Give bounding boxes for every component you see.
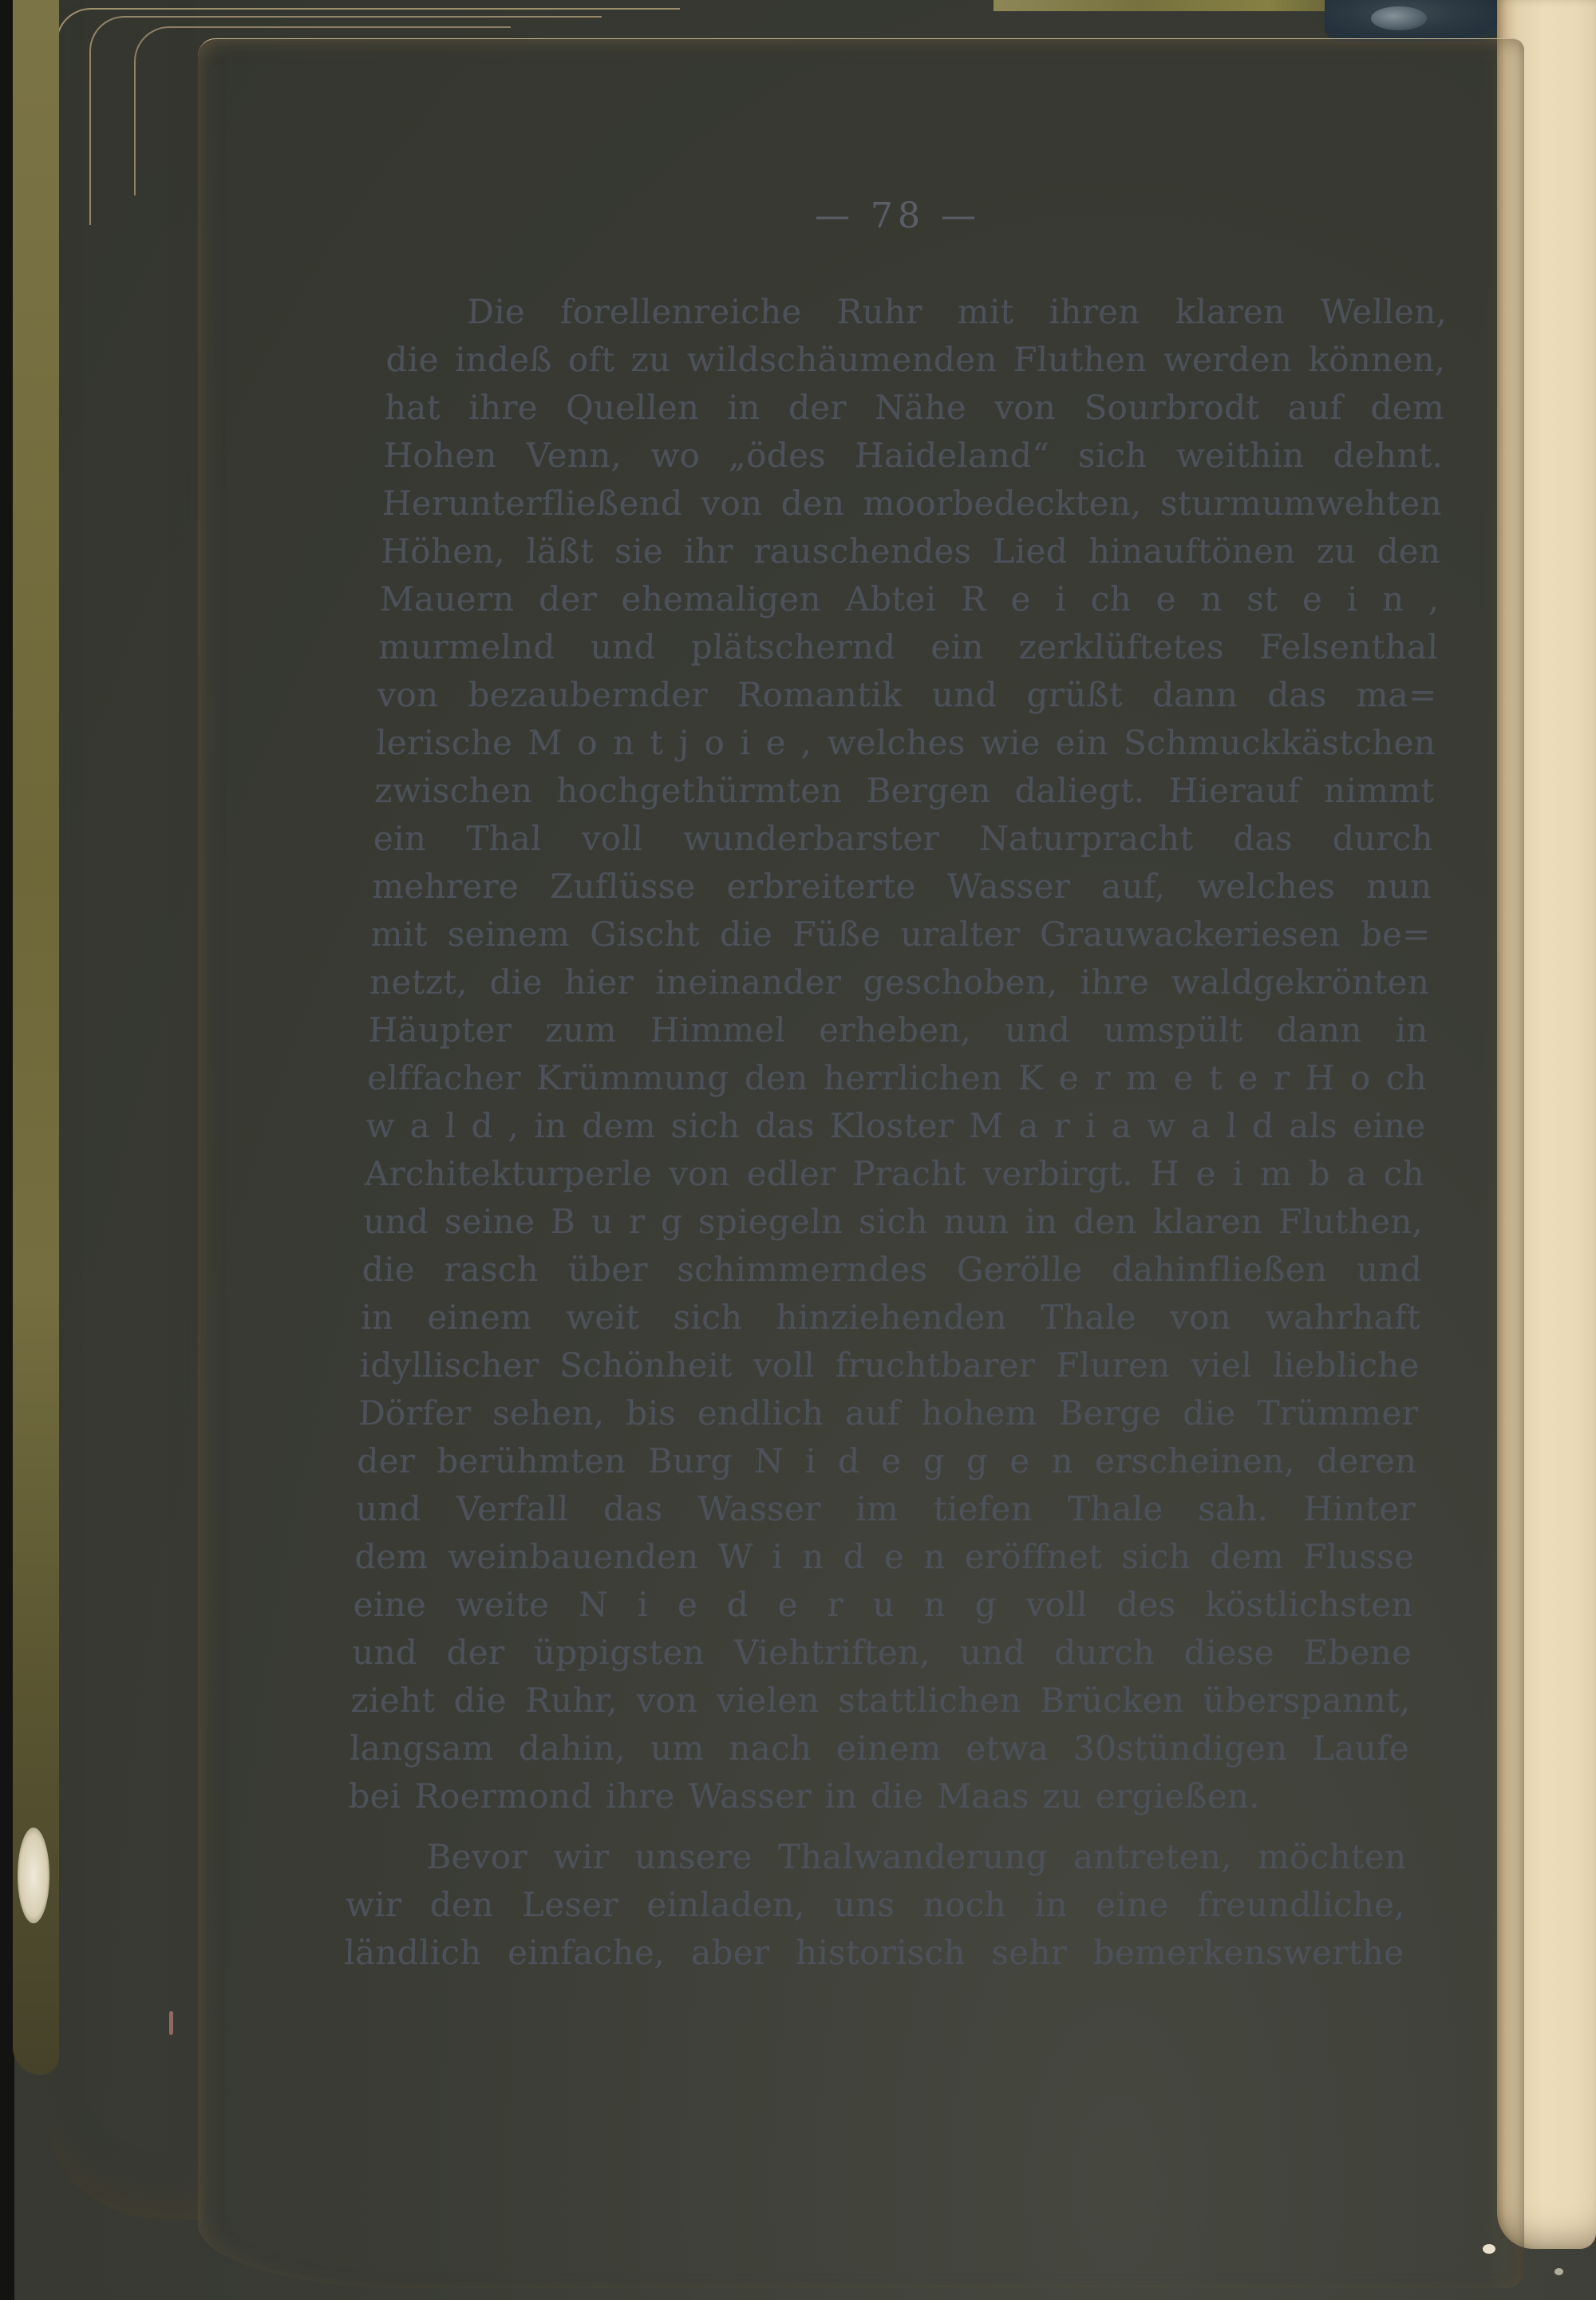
page-number: — 78 — — [367, 196, 1428, 236]
text-line: bei Roermond ihre Wasser in die Maas zu … — [348, 1772, 1409, 1820]
text-line: Hohen Venn, wo „ödes Haideland“ sich wei… — [383, 432, 1444, 480]
text-line: ein Thal voll wunderbarster Naturpracht … — [373, 815, 1434, 863]
paper-blotch — [18, 1828, 49, 1923]
paper-speck — [1483, 2244, 1495, 2254]
text-line: Häupter zum Himmel erheben, und umspült … — [368, 1006, 1429, 1054]
text-line: mit seinem Gischt die Füße uralter Grauw… — [370, 911, 1432, 958]
text-line: von bezaubernder Romantik und grüßt dann… — [377, 671, 1438, 719]
text-line: lerische M o n t j o i e , welches wie e… — [375, 719, 1436, 767]
paper-speck — [1555, 2268, 1563, 2275]
text-line: murmelnd und plätschernd ein zerklüftete… — [377, 623, 1439, 671]
text-line: w a l d , in dem sich das Kloster M a r … — [365, 1102, 1427, 1150]
text-line: Herunterfließend von den moorbedeckten, … — [381, 480, 1443, 528]
text-line: idyllischer Schönheit voll fruchtbarer F… — [359, 1342, 1420, 1389]
text-line: Dörfer sehen, bis endlich auf hohem Berg… — [358, 1389, 1419, 1437]
pink-speck — [169, 2011, 173, 2035]
text-line: ländlich einfache, aber historisch sehr … — [344, 1929, 1405, 1977]
cover-edge-top — [994, 0, 1361, 11]
text-line: die rasch über schimmerndes Gerölle dahi… — [361, 1246, 1423, 1294]
text-line: zwischen hochgethürmten Bergen daliegt. … — [374, 767, 1436, 815]
text-line: elffacher Krümmung den herrlichen K e r … — [366, 1054, 1428, 1102]
book-photo: — 78 — Die forellenreiche Ruhr mit ihren… — [0, 0, 1596, 2300]
text-line: Architekturperle von edler Pracht verbir… — [364, 1150, 1425, 1198]
cover-edge-olive — [13, 0, 59, 2075]
text-line: die indeß oft zu wildschäumenden Fluthen… — [385, 336, 1447, 384]
text-line: eine weite N i e d e r u n g voll des kö… — [353, 1581, 1414, 1629]
text-line: Mauern der ehemaligen Abtei R e i ch e n… — [379, 575, 1440, 623]
text-line: Bevor wir unsere Thalwanderung antreten,… — [346, 1833, 1408, 1881]
cover-corner-glint — [1371, 6, 1427, 30]
cover-corner — [1325, 0, 1504, 41]
text-line: langsam dahin, um nach einem etwa 30stün… — [349, 1725, 1410, 1772]
text-line: Die forellenreiche Ruhr mit ihren klaren… — [386, 288, 1448, 336]
text-line: in einem weit sich hinziehenden Thale vo… — [360, 1294, 1421, 1342]
text-line: und Verfall das Wasser im tiefen Thale s… — [355, 1485, 1416, 1533]
text-line: Höhen, läßt sie ihr rauschendes Lied hin… — [381, 528, 1442, 575]
text-block: Die forellenreiche Ruhr mit ihren klaren… — [344, 288, 1448, 1977]
text-line: der berühmten Burg N i d e g g e n ersch… — [357, 1437, 1418, 1485]
text-line: netzt, die hier ineinander geschoben, ih… — [369, 958, 1430, 1006]
text-line: mehrere Zuflüsse erbreiterte Wasser auf,… — [372, 863, 1433, 911]
fore-edge-page-stack — [49, 3, 203, 2220]
text-line: zieht die Ruhr, von vielen stattlichen B… — [350, 1677, 1412, 1725]
text-line: hat ihre Quellen in der Nähe von Sourbro… — [384, 384, 1445, 432]
text-line: und der üppigsten Viehtriften, und durch… — [351, 1629, 1412, 1677]
text-line: wir den Leser einladen, uns noch in eine… — [345, 1881, 1406, 1929]
page-fold-shadow — [1484, 39, 1524, 2288]
book-page: — 78 — Die forellenreiche Ruhr mit ihren… — [198, 38, 1524, 2288]
paragraph-break — [347, 1820, 1407, 1833]
text-line: und seine B u r g spiegeln sich nun in d… — [363, 1198, 1424, 1246]
text-line: dem weinbauenden W i n d e n eröffnet si… — [354, 1533, 1416, 1581]
